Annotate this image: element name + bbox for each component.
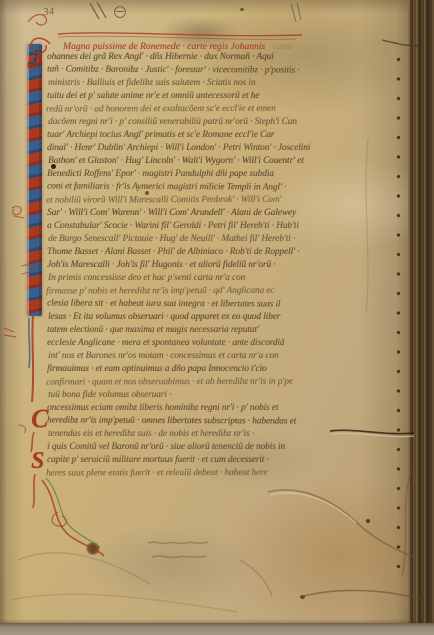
- text-line: heredibz nr'is imp'petuũ · omnes liberta…: [47, 414, 327, 428]
- text-line: Thome Basset · Alani Basset · Phil' de A…: [47, 246, 327, 259]
- text-line: tuar' Archiepi tocius Angl' primatis et …: [47, 129, 327, 142]
- red-paragraph-initial: C: [31, 404, 48, 434]
- quire-mark-icon: [114, 6, 126, 18]
- manuscript-page: 34 J Magna puissime de Ronemede · carte …: [0, 0, 434, 635]
- stitch-holes-column: [396, 52, 401, 574]
- ink-spot: [51, 164, 56, 169]
- red-ink-spot: [145, 191, 149, 195]
- text-line: Joh'is Marescalli · Joh'is fil' Hugonis …: [47, 259, 327, 272]
- illuminated-initial-letter: J: [29, 45, 40, 70]
- speck-stain: [240, 8, 244, 11]
- round-stain: [86, 542, 100, 555]
- text-line: tuũ bona fide volumus obseruari ·: [48, 389, 328, 402]
- text-line: firmauimus · et eam optinuimus a dño pap…: [47, 363, 327, 376]
- text-line: ohannes dei grã Rex Angl' · dñs Hibernie…: [47, 51, 327, 64]
- speck-stain: [300, 595, 305, 599]
- text-line: Sar' · Will'i Com' Warenn' · Will'i Com'…: [47, 207, 327, 220]
- red-paragraph-initial: S: [31, 448, 44, 475]
- text-line: i quis Comitũ vel Baronũ nr'orũ · siue a…: [47, 441, 327, 454]
- text-line: confirmari · quam et nos obseruabimus · …: [46, 376, 326, 390]
- table-edge-strip: [0, 623, 434, 635]
- text-line: a Constabular' Scocie · Warini fil' Gero…: [47, 220, 327, 233]
- speck-stain: [366, 519, 370, 523]
- text-line: coni et familiaris · fr'is Aymerici magi…: [47, 180, 327, 194]
- text-line: de Burgo Senescall' Pictauie · Hug' de N…: [48, 233, 328, 246]
- text-line: tañ · Comitibz · Baronibz · Justic' · fo…: [47, 63, 327, 77]
- text-line: ecclesie Anglicane · mera et spontanea v…: [47, 337, 327, 350]
- text-line: Bathon' et Glaston' · Hug' Lincoln' · Wa…: [48, 155, 328, 168]
- text-line: ministris · Balliuis et fidelibz suis sa…: [48, 77, 328, 90]
- folio-number: 34: [43, 6, 55, 19]
- text-line: redũ nr'orũ · ad honorem dei et exaltacõ…: [46, 103, 326, 117]
- text-line: tenendas eis et heredibz suis · de nobis…: [48, 428, 328, 441]
- text-line: et nobiliũ virorũ Will'i Marescalli Comi…: [46, 194, 326, 208]
- text-line: In primis concessisse deo et hac p'senti…: [48, 272, 328, 285]
- text-line: capite p' seruiciũ militare mortuus fuer…: [47, 454, 327, 467]
- text-line: dacõem regni nr'i · p' consiliũ venerabi…: [48, 116, 328, 129]
- text-line: heres suus plene etatis fuerit · et rele…: [46, 467, 326, 481]
- text-line: tatem electionũ · que maxima et magis ne…: [47, 324, 327, 337]
- text-line: tuitu dei et p' salute anime nr'e et omn…: [47, 90, 327, 103]
- text-line: int' nos et Barones nr'os motam · conces…: [48, 350, 328, 363]
- text-line: dinal' · Henr' Dublin' Archiepi · Will'i…: [47, 142, 327, 155]
- text-line: Benedicti Roffens' Epor' · magistri Pand…: [47, 168, 327, 181]
- text-line: clesia libera sit · et habeat iura sua i…: [47, 297, 327, 311]
- text-line: oncessimus eciam omibz liberis hominibz …: [47, 402, 327, 415]
- text-line: firmasse p' nobis et heredibz nr'is imp'…: [46, 285, 326, 299]
- text-block: ohannes dei grã Rex Angl' · dñs Hibernie…: [47, 51, 327, 480]
- text-line: lesas · Et ita volumus obseruari · quod …: [48, 311, 328, 324]
- illuminated-border-bar: [27, 44, 42, 316]
- book-binding-edge: [408, 0, 434, 635]
